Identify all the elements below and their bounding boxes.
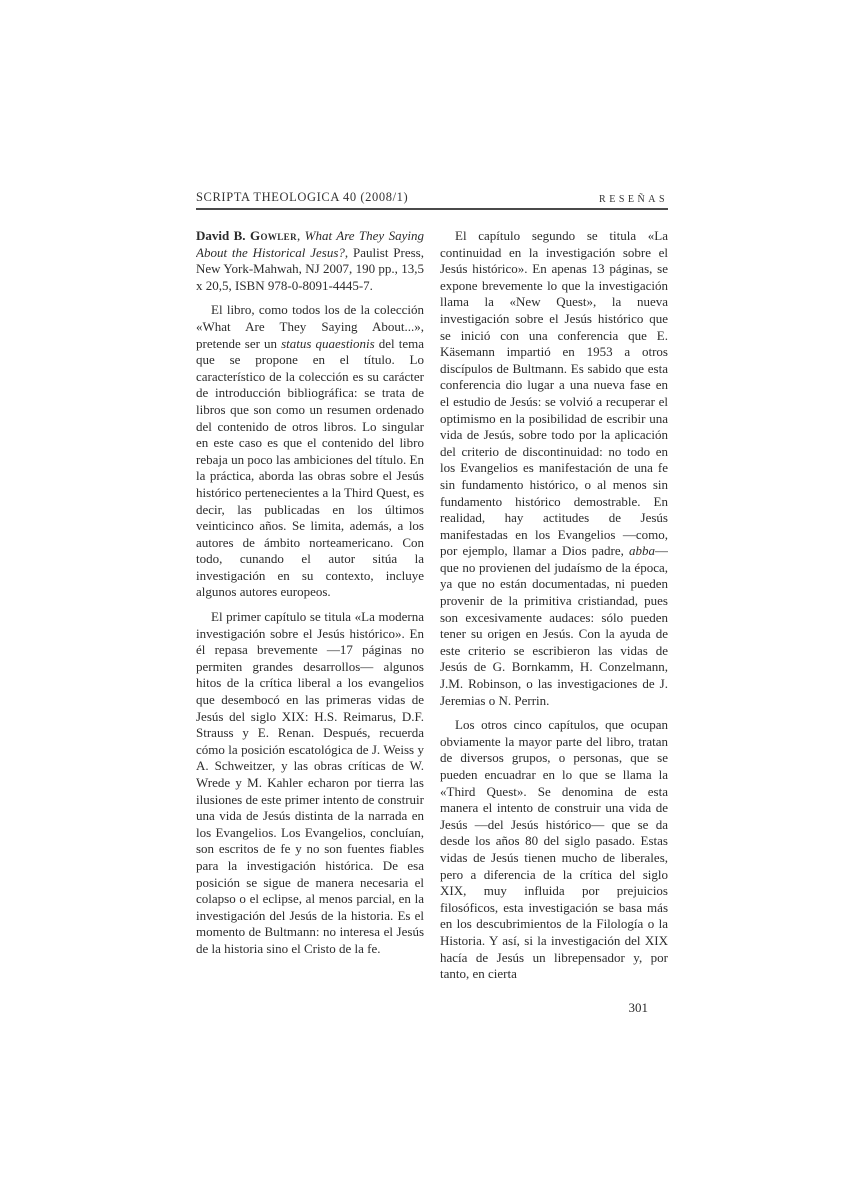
- page-header: SCRIPTA THEOLOGICA 40 (2008/1) RESEÑAS: [196, 190, 668, 210]
- text-segment: — que no provienen del judaísmo de la ép…: [440, 543, 668, 707]
- bibliographic-entry: David B. Gowler, What Are They Saying Ab…: [196, 228, 424, 294]
- text-segment: El primer capítulo se titula «La moderna…: [196, 609, 424, 956]
- text-segment: abba: [629, 543, 655, 558]
- text-segment: David B.: [196, 228, 250, 243]
- text-segment: del tema que se propone en el título. Lo…: [196, 336, 424, 600]
- page-number: 301: [196, 1000, 648, 1016]
- paragraph: El libro, como todos los de la colección…: [196, 302, 424, 601]
- journal-title: SCRIPTA THEOLOGICA 40 (2008/1): [196, 190, 408, 205]
- text-segment: Gowler: [250, 228, 297, 243]
- review-body: David B. Gowler, What Are They Saying Ab…: [196, 228, 668, 1028]
- text-segment: status quaestionis: [281, 336, 375, 351]
- journal-page: SCRIPTA THEOLOGICA 40 (2008/1) RESEÑAS D…: [0, 0, 848, 1200]
- left-column: David B. Gowler, What Are They Saying Ab…: [196, 228, 424, 1028]
- text-segment: El capítulo segundo se titula «La contin…: [440, 228, 668, 558]
- right-column: El capítulo segundo se titula «La contin…: [440, 228, 668, 1028]
- section-label: RESEÑAS: [599, 194, 668, 205]
- text-segment: Los otros cinco capítulos, que ocupan ob…: [440, 717, 668, 981]
- text-segment: ,: [297, 228, 305, 243]
- paragraph: El capítulo segundo se titula «La contin…: [440, 228, 668, 709]
- paragraph: El primer capítulo se titula «La moderna…: [196, 609, 424, 957]
- paragraph: Los otros cinco capítulos, que ocupan ob…: [440, 717, 668, 983]
